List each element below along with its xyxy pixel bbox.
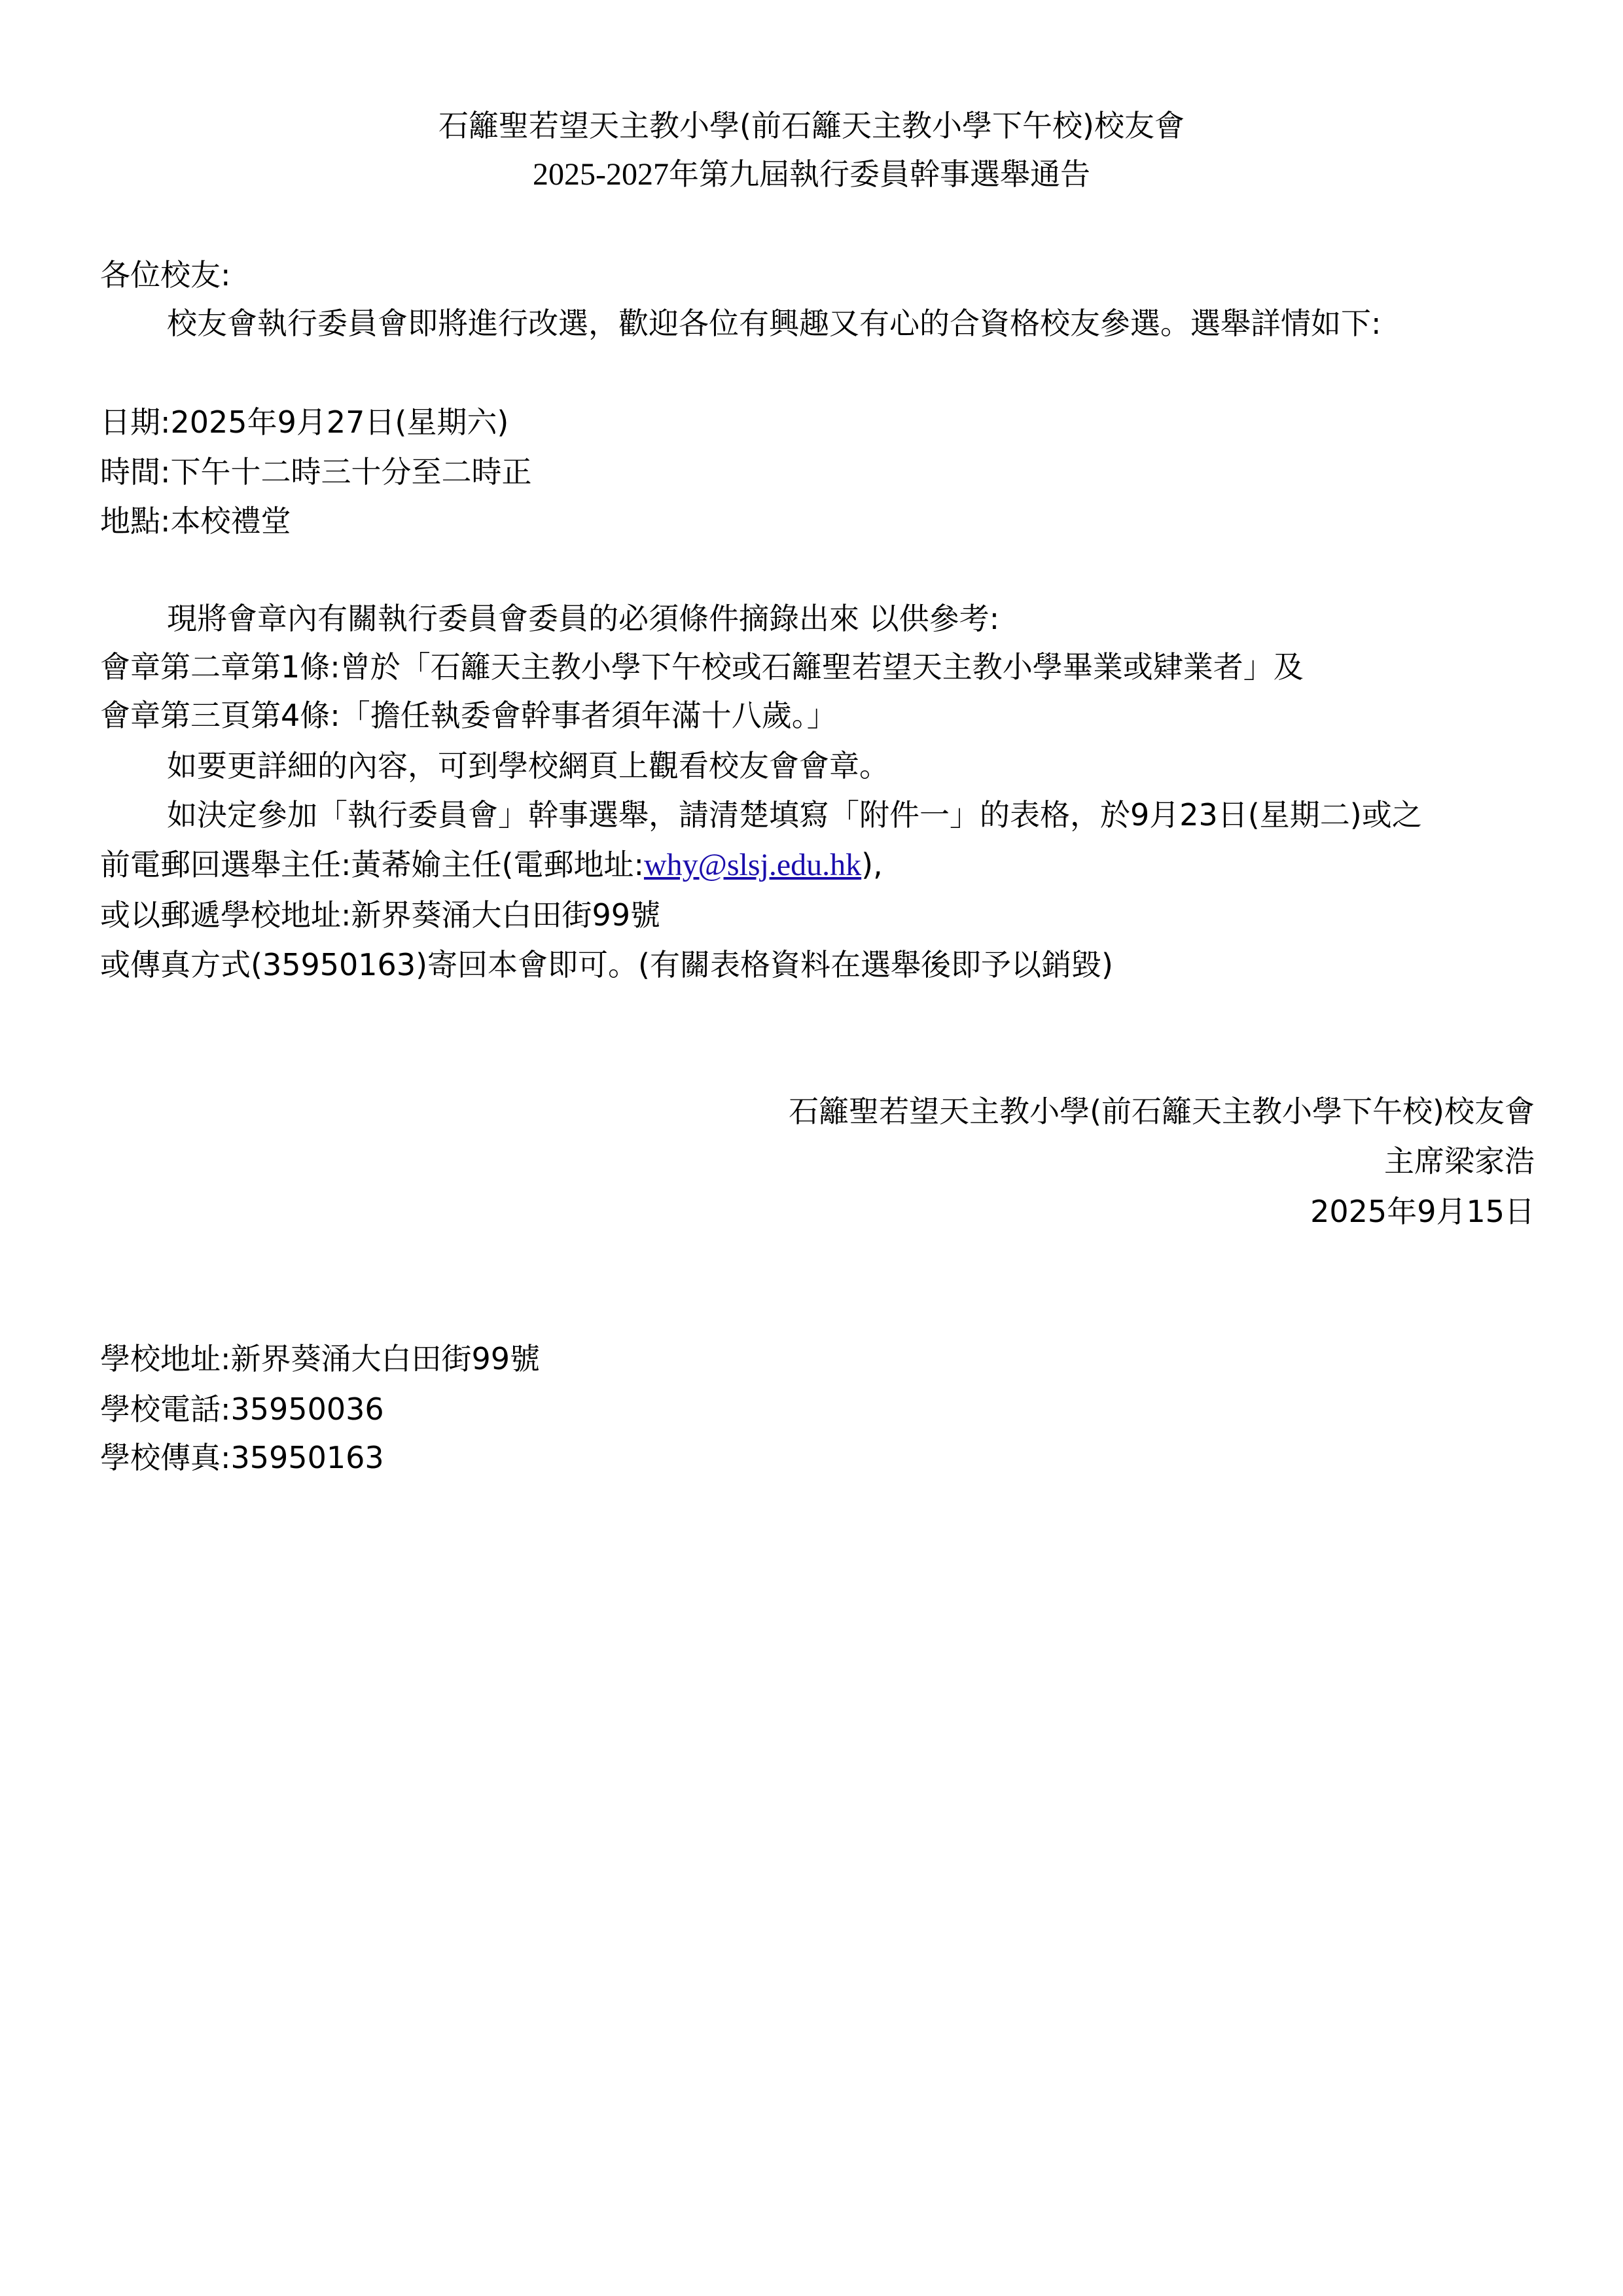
requirements-intro: 現將會章內有關執行委員會委員的必須條件摘錄出來 以供參考: (167, 599, 999, 638)
notice-title: 2025-2027年第九屆執行委員幹事選舉通告 (0, 154, 1623, 194)
time-value: 下午十二時三十分至二時正 (171, 454, 532, 490)
org-title: 石籬聖若望天主教小學(前石籬天主教小學下午校)校友會 (0, 106, 1623, 145)
school-phone: 學校電話:35950036 (100, 1390, 384, 1429)
email-link[interactable]: why@slsj.edu.hk (644, 848, 861, 882)
venue-row: 地點:本校禮堂 (100, 501, 291, 541)
time-label: 時間: (100, 454, 171, 490)
date-row: 日期:2025年9月27日(星期六) (100, 403, 508, 442)
submission-line-2: 前電郵回選舉主任:黃莃媮主任(電郵地址:why@slsj.edu.hk), (100, 845, 883, 885)
venue-value: 本校禮堂 (171, 503, 291, 539)
term-years: 2025-2027 (533, 157, 669, 192)
clause-2: 會章第三頁第4條:「擔任執委會幹事者須年滿十八歲。」 (100, 696, 837, 735)
submission-line-4: 或傳真方式(35950163)寄回本會即可。(有關表格資料在選舉後即予以銷毀) (100, 945, 1113, 984)
school-fax: 學校傳真:35950163 (100, 1438, 384, 1477)
venue-label: 地點: (100, 503, 171, 539)
submission-prefix: 前電郵回選舉主任:黃莃媮主任(電郵地址: (100, 847, 644, 882)
clause-1: 會章第二章第1條:曾於「石籬天主教小學下午校或石籬聖若望天主教小學畢業或肄業者」… (100, 647, 1304, 687)
more-info: 如要更詳細的內容，可到學校網頁上觀看校友會會章。 (167, 746, 889, 785)
date-value: 2025年9月27日(星期六) (171, 404, 509, 440)
signature-org: 石籬聖若望天主教小學(前石籬天主教小學下午校)校友會 (789, 1092, 1535, 1131)
submission-suffix: ), (861, 847, 883, 882)
submission-line-1: 如決定參加「執行委員會」幹事選舉，請清楚填寫「附件一」的表格，於9月23日(星期… (167, 795, 1422, 834)
intro-paragraph: 校友會執行委員會即將進行改選，歡迎各位有興趣又有心的合資格校友參選。選舉詳情如下… (167, 304, 1382, 343)
time-row: 時間:下午十二時三十分至二時正 (100, 452, 532, 492)
date-label: 日期: (100, 404, 171, 440)
signature-date: 2025年9月15日 (1310, 1192, 1535, 1231)
school-address: 學校地址:新界葵涌大白田街99號 (100, 1339, 540, 1378)
submission-line-3: 或以郵遞學校地址:新界葵涌大白田街99號 (100, 895, 660, 935)
greeting: 各位校友: (100, 255, 231, 295)
signature-chair: 主席梁家浩 (1384, 1141, 1535, 1181)
notice-title-text: 年第九屆執行委員幹事選舉通告 (669, 156, 1090, 192)
